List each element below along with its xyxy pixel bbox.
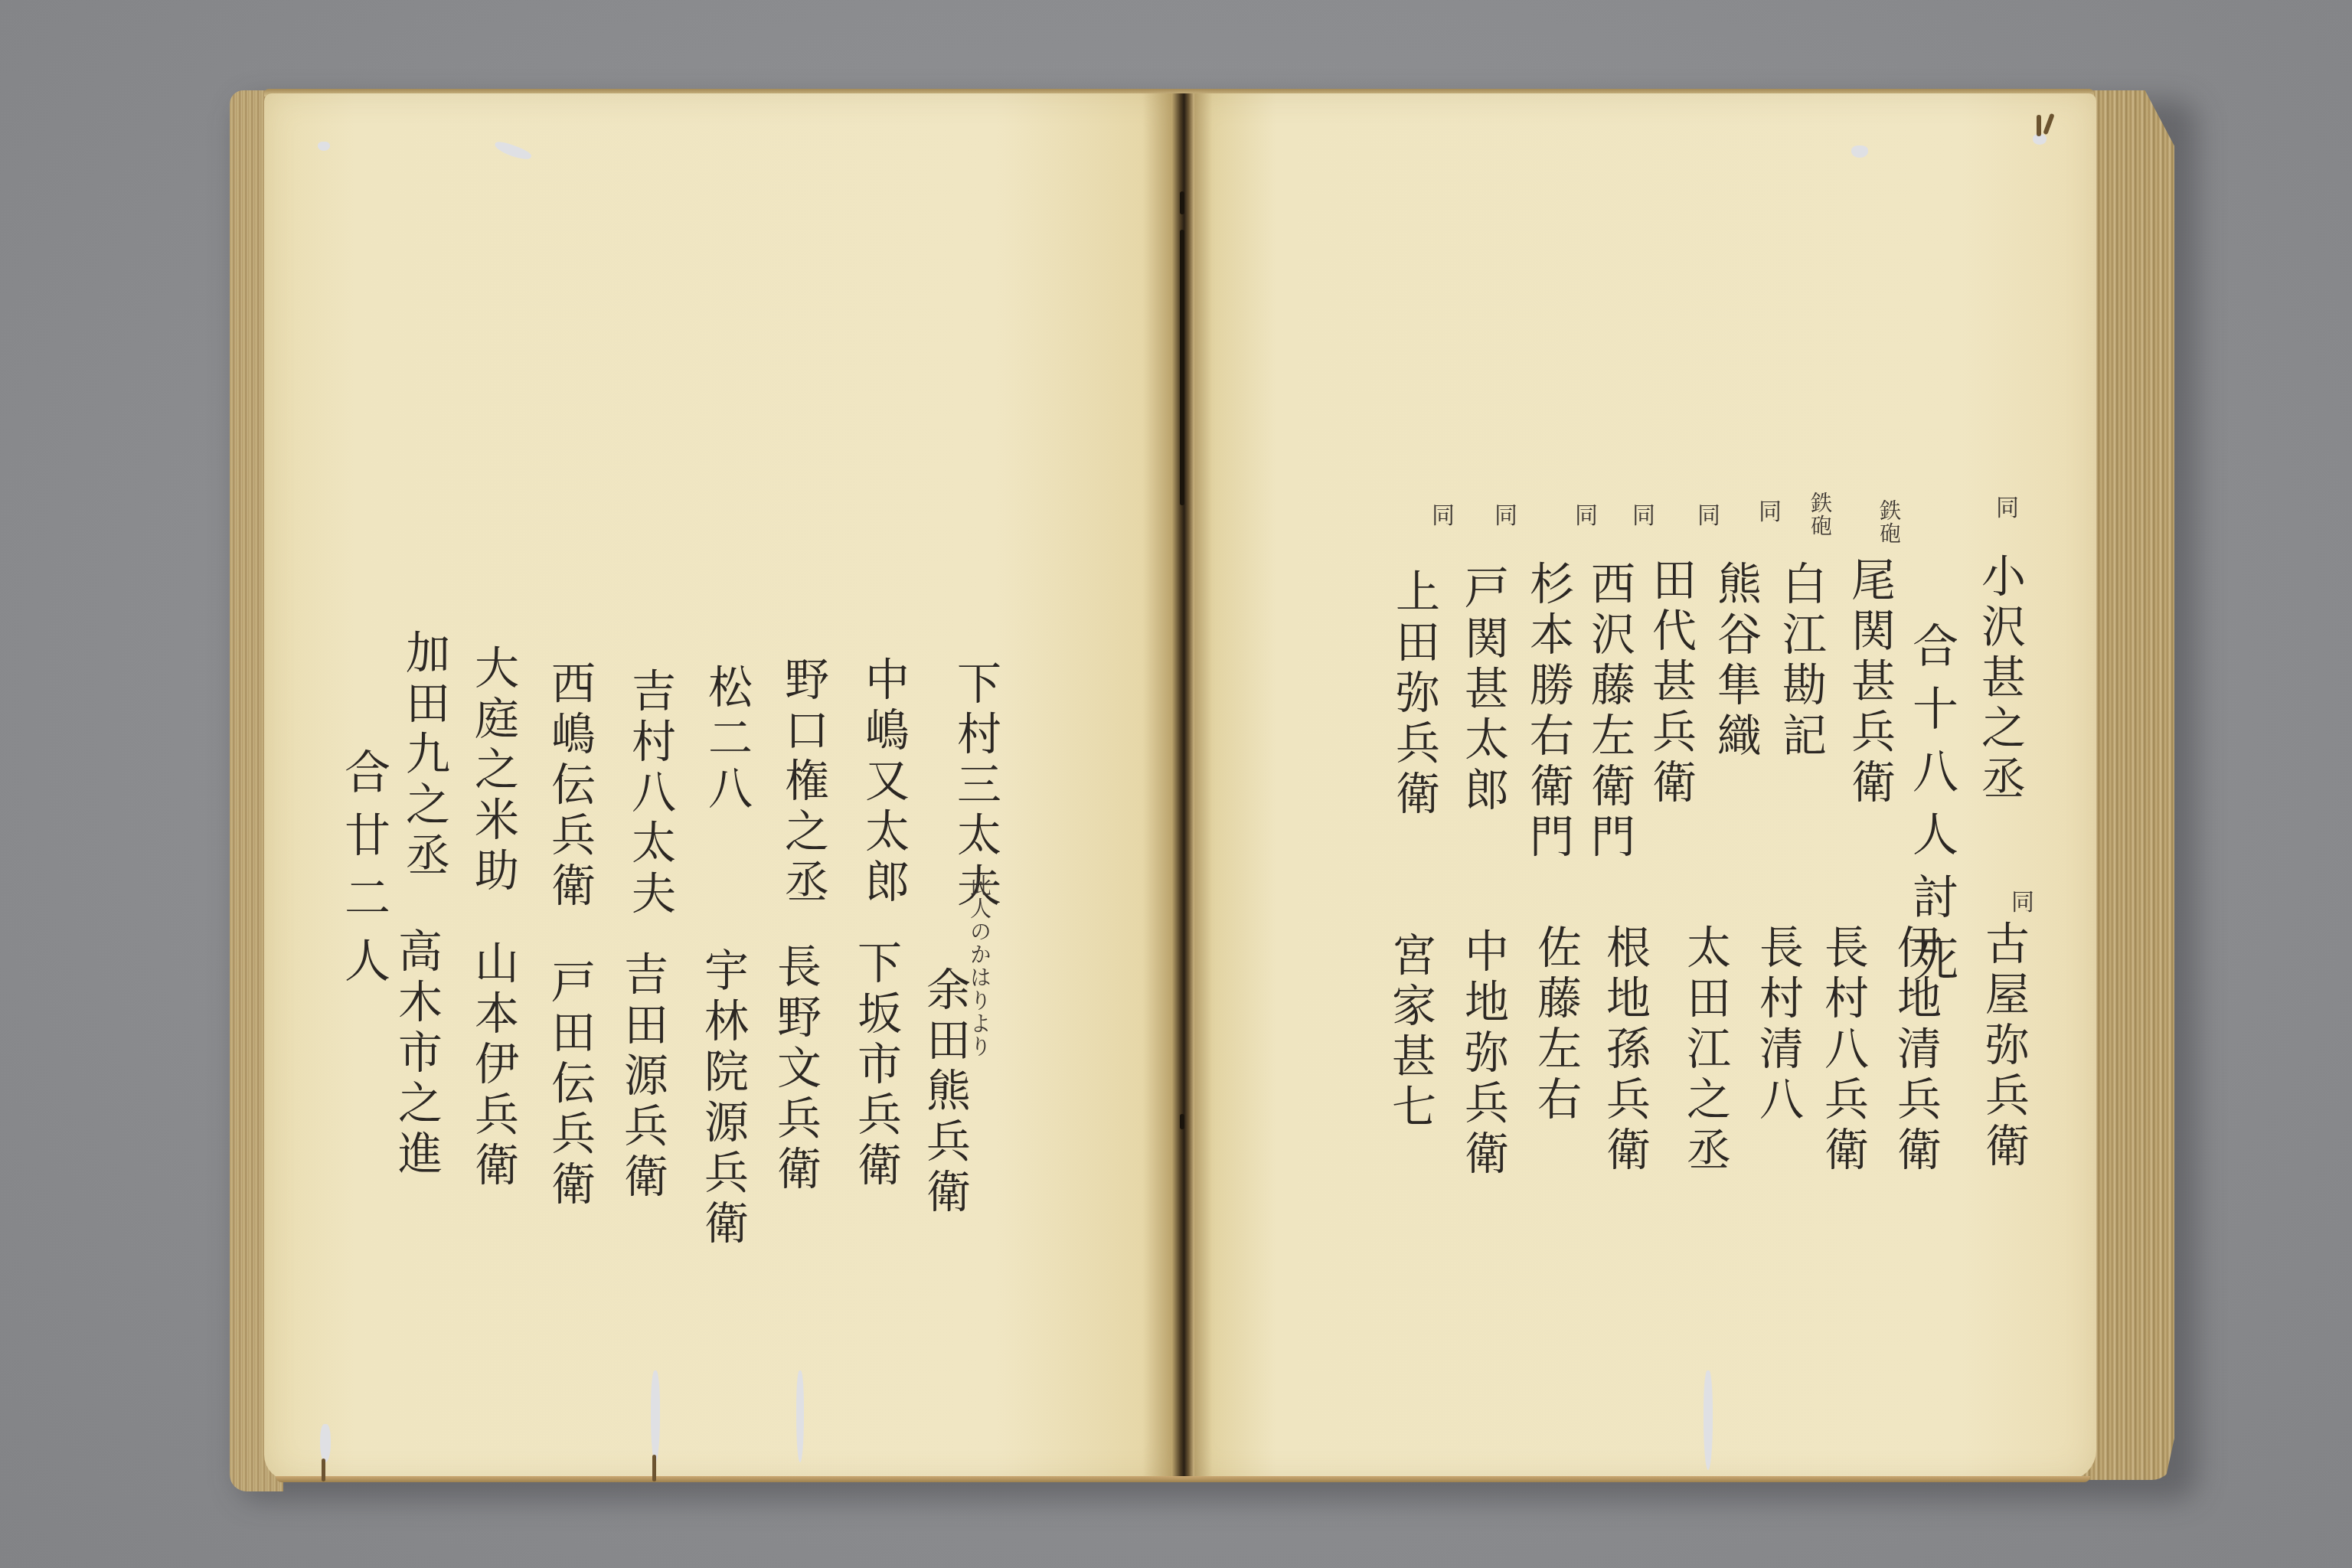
wormhole-stain xyxy=(652,1455,656,1481)
left-upper-entry-6: 西嶋伝兵衛 xyxy=(547,660,592,913)
left-lower-entry-3: 長野文兵衛 xyxy=(773,943,818,1196)
right-lower-entry-1: 古屋弥兵衛 xyxy=(1981,920,2026,1173)
left-lower-entry-5: 吉田源兵衛 xyxy=(620,951,665,1204)
right-entry-1-name: 尾関甚兵衛 xyxy=(1847,557,1892,809)
wormhole xyxy=(796,1370,804,1462)
right-entry-3-mark: 同 xyxy=(1756,499,1779,528)
right-lower-entry-3: 長村八兵衛 xyxy=(1821,924,1865,1177)
wormhole xyxy=(320,1424,331,1462)
left-upper-entry-2: 中嶋又太郎 xyxy=(861,656,906,909)
right-lower-entry-2: 伊地清兵衛 xyxy=(1893,924,1938,1177)
bottom-page-rim xyxy=(276,1476,2090,1482)
right-entry-7-mark: 同 xyxy=(1491,503,1514,532)
left-lower-entry-2: 下坂市兵衛 xyxy=(854,939,898,1192)
wormhole xyxy=(1704,1370,1713,1470)
right-lead-mark: 同 xyxy=(1993,495,2016,524)
right-entry-5-mark: 同 xyxy=(1629,503,1652,532)
right-lower-entry-9: 宮家甚七 xyxy=(1388,932,1432,1134)
left-total-line: 合廿二人 xyxy=(341,748,387,999)
photo-scene: 下村三太夫 中嶋又太郎 野口権之丞 松二八 吉村八太夫 西嶋伝兵衛 大庭之米助 … xyxy=(0,0,2352,1568)
left-page: 下村三太夫 中嶋又太郎 野口権之丞 松二八 吉村八太夫 西嶋伝兵衛 大庭之米助 … xyxy=(264,93,1179,1481)
right-entry-6-mark: 同 xyxy=(1572,503,1595,532)
right-entry-2-mark: 鉄砲 xyxy=(1809,492,1831,537)
right-entry-2-name: 白江勘記 xyxy=(1779,560,1823,763)
left-upper-entry-5: 吉村八太夫 xyxy=(628,668,672,920)
binding-thread xyxy=(1180,1114,1184,1129)
right-entry-1-mark: 鉄砲 xyxy=(1878,499,1900,545)
right-lower-entry-8: 中地弥兵衛 xyxy=(1461,928,1505,1181)
right-lower-entry-5: 太田江之丞 xyxy=(1683,924,1727,1177)
right-page-block-edge xyxy=(2082,90,2174,1480)
right-entry-6-name: 杉本勝右衛門 xyxy=(1526,560,1570,864)
right-lower-entry-7: 佐藤左右 xyxy=(1534,924,1578,1126)
right-entry-8-name: 上田弥兵衛 xyxy=(1392,568,1436,821)
right-lower-entry-6: 根地孫兵衛 xyxy=(1602,924,1647,1177)
right-lower-lead-mark: 同 xyxy=(2008,890,2031,919)
right-page: 同 小沢甚之丞 合十八人討死 鉄砲 尾関甚兵衛 鉄砲 白江勘記 同 熊谷隼織 同… xyxy=(1185,93,2096,1481)
wormhole-stain xyxy=(2037,115,2041,136)
left-upper-entry-8: 加田九之丞 xyxy=(402,629,446,882)
left-upper-entry-7: 大庭之米助 xyxy=(471,645,515,897)
binding-thread xyxy=(1180,191,1184,214)
right-entry-7-name: 戸関甚太郎 xyxy=(1461,564,1505,817)
wormhole xyxy=(1851,145,1868,158)
binding-thread xyxy=(1180,230,1184,505)
right-lead-name: 小沢甚之丞 xyxy=(1978,553,2022,805)
right-entry-4-name: 田代甚兵衛 xyxy=(1648,557,1693,809)
right-entry-5-name: 西沢藤左衛門 xyxy=(1587,560,1632,864)
right-lower-entry-4: 長村清八 xyxy=(1756,924,1800,1126)
left-lower-entry-8: 高木市之進 xyxy=(394,928,439,1181)
left-lower-entry-6: 戸田伝兵衛 xyxy=(547,959,592,1211)
left-upper-entry-3: 野口権之丞 xyxy=(781,656,825,909)
right-entry-8-mark: 同 xyxy=(1429,503,1452,532)
wormhole-stain xyxy=(322,1459,325,1481)
left-lower-entry-4: 宇林院源兵衛 xyxy=(701,947,745,1250)
wormhole xyxy=(651,1370,660,1462)
wormhole xyxy=(318,142,330,151)
left-lower-annotation: 此人のかはりより xyxy=(969,874,990,1058)
left-lower-entry-1: 余田熊兵衛 xyxy=(923,966,967,1219)
right-entry-4-mark: 同 xyxy=(1694,503,1717,532)
right-entry-3-name: 熊谷隼織 xyxy=(1713,560,1758,763)
left-upper-entry-4: 松二八 xyxy=(704,664,749,815)
left-lower-entry-7: 山本伊兵衛 xyxy=(471,939,515,1192)
